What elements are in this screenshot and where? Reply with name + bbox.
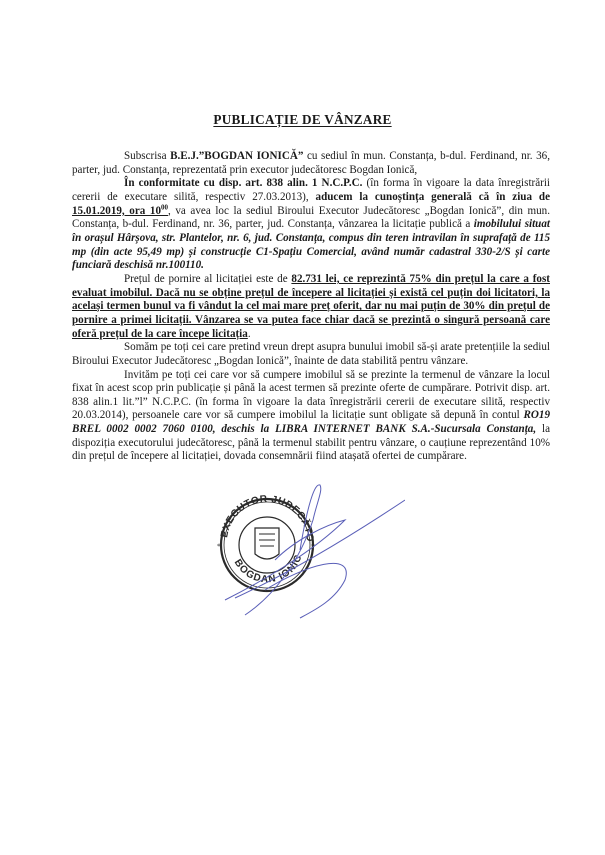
paragraph-announcement: În conformitate cu disp. art. 838 alin. …: [72, 177, 550, 273]
paragraph-invitation: Invităm pe toți cei care vor să cumpere …: [72, 369, 550, 465]
document-title: PUBLICAȚIE DE VÂNZARE: [0, 112, 605, 128]
document-page: PUBLICAȚIE DE VÂNZARE Subscrisa B.E.J.”B…: [0, 0, 605, 855]
official-stamp-icon: EXECUTOR JUDECĂTORESC BOGDAN IONICĂ * *: [205, 480, 405, 620]
document-body: Subscrisa B.E.J.”BOGDAN IONICĂ” cu sediu…: [72, 150, 550, 464]
paragraph-price: Prețul de pornire al licitației este de …: [72, 273, 550, 341]
stamp-and-signature: EXECUTOR JUDECĂTORESC BOGDAN IONICĂ * *: [205, 480, 405, 620]
bailiff-office-name: B.E.J.”BOGDAN IONICĂ”: [170, 150, 303, 162]
auction-date: 15.01.2019, ora 1000: [72, 205, 168, 217]
paragraph-summons: Somăm pe toți cei care pretind vreun dre…: [72, 341, 550, 368]
svg-text:EXECUTOR JUDECĂTORESC: EXECUTOR JUDECĂTORESC: [205, 480, 315, 542]
svg-text:*: *: [217, 542, 221, 551]
paragraph-intro: Subscrisa B.E.J.”BOGDAN IONICĂ” cu sediu…: [72, 150, 550, 177]
